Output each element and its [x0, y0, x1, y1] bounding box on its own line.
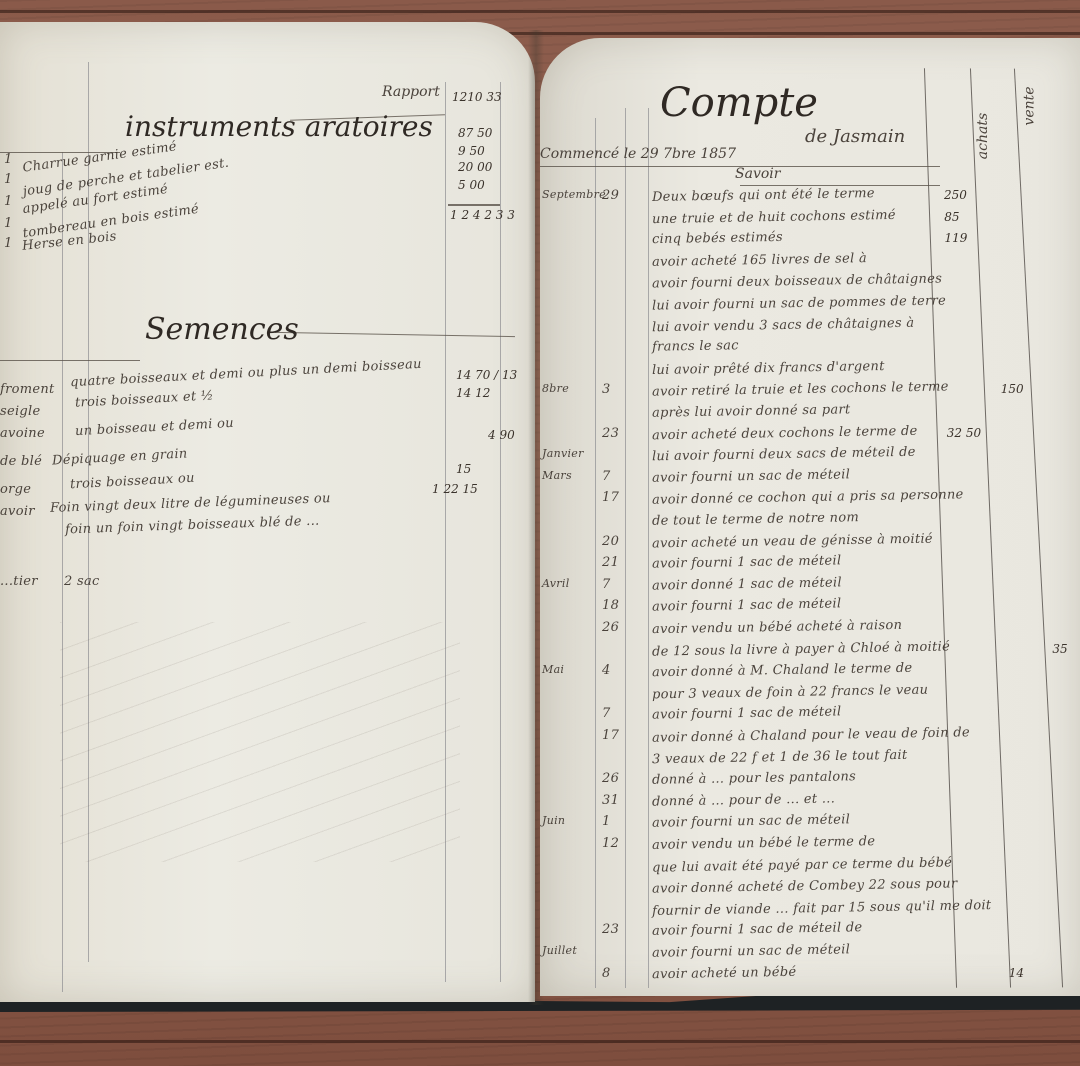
- amount: 9 50: [458, 144, 485, 158]
- entry-day: 18: [602, 598, 619, 613]
- entry-text: avoir vendu un bébé acheté à raison: [652, 618, 902, 637]
- entry-day: 4: [602, 663, 611, 678]
- entry-month: Juin: [542, 814, 565, 827]
- entry-day: 29: [602, 188, 619, 203]
- savoir-heading: Savoir: [735, 166, 780, 182]
- entry-month: Septembre: [542, 188, 606, 201]
- row-label: avoir: [0, 504, 35, 519]
- text-column-rule: [648, 108, 649, 988]
- date-column-rule: [595, 118, 596, 988]
- column-header-vente: vente: [1022, 86, 1038, 125]
- entry-amount-achats: 32 50: [947, 426, 981, 440]
- entry-day: 26: [602, 771, 619, 786]
- entry-text: donné à ... pour de ... et ...: [652, 791, 835, 809]
- entry-text: lui avoir fourni deux sacs de méteil de: [652, 445, 916, 465]
- entry-text: de tout le terme de notre nom: [652, 510, 859, 529]
- entry-text: avoir acheté un veau de génisse à moitié: [652, 531, 933, 551]
- entry-day: 7: [602, 706, 611, 721]
- entry-text: avoir fourni 1 sac de méteil: [652, 554, 842, 572]
- entry-amount-vente: 14: [1009, 966, 1024, 980]
- entry-text: donné à ... pour les pantalons: [652, 769, 856, 788]
- section-title-semences: Semences: [145, 312, 299, 347]
- item-qty: 1: [4, 216, 13, 231]
- entry-text: avoir fourni 1 sac de méteil: [652, 597, 842, 615]
- entry-text: avoir donné 1 sac de méteil: [652, 575, 842, 593]
- ledger-title: Compte: [660, 80, 818, 126]
- amount: 87 50: [458, 126, 492, 140]
- entry-text: avoir donné ce cochon qui a pris sa pers…: [652, 488, 964, 508]
- row-label: orge: [0, 482, 31, 497]
- entry-text: Deux bœufs qui ont été le terme: [652, 186, 875, 205]
- table-plank-seam: [0, 1040, 1080, 1043]
- item-qty: 1: [4, 152, 13, 167]
- entry-text: avoir fourni 1 sac de méteil de: [652, 921, 863, 940]
- row-text: quatre boisseaux et demi ou plus un demi…: [70, 357, 422, 390]
- bleed-through-ink: [60, 622, 460, 862]
- item-qty: 1: [4, 194, 13, 209]
- section-title-instruments: instruments aratoires: [125, 110, 433, 143]
- entry-month: Avril: [542, 577, 570, 590]
- entry-text: avoir donné à M. Chaland le terme de: [652, 661, 913, 681]
- entry-day: 12: [602, 836, 619, 851]
- row-text: un boisseau et demi ou: [75, 416, 235, 439]
- entry-amount-vente: 150: [1001, 382, 1024, 396]
- entry-month: Janvier: [542, 447, 584, 460]
- entry-text: avoir donné acheté de Combey 22 sous pou…: [652, 877, 958, 897]
- footer-text: 2 sac: [64, 574, 100, 589]
- left-ledger-page: instruments aratoires Rapport 1210 33 1 …: [0, 22, 535, 1002]
- entry-day: 21: [602, 555, 619, 570]
- entry-day: 26: [602, 620, 619, 635]
- entry-day: 31: [602, 793, 619, 808]
- table-plank-seam: [0, 10, 1080, 13]
- row-label: froment: [0, 382, 55, 397]
- item-qty: 1: [4, 172, 13, 187]
- row-text: Dépiquage en grain: [52, 446, 188, 468]
- margin-rule: [62, 152, 63, 992]
- entry-month: Mai: [542, 663, 564, 676]
- entry-day: 20: [602, 534, 619, 549]
- vente-column-rule: [970, 68, 1011, 987]
- entry-text: avoir fourni un sac de méteil: [652, 813, 850, 831]
- section-total: 1 2 4 2 3 3: [450, 208, 515, 222]
- row-amount: 1 22 15: [432, 482, 478, 496]
- amount: 20 00: [458, 160, 492, 174]
- entry-text: que lui avait été payé par ce terme du b…: [652, 855, 952, 875]
- ledger-start-date: Commencé le 29 7bre 1857: [540, 146, 736, 162]
- entry-day: 3: [602, 382, 611, 397]
- entry-text: lui avoir prêté dix francs d'argent: [652, 359, 885, 378]
- entry-text: francs le sac: [652, 338, 739, 355]
- entry-text: avoir acheté 165 livres de sel à: [652, 251, 867, 270]
- entry-day: 17: [602, 490, 619, 505]
- entry-text: pour 3 veaux de foin à 22 francs le veau: [652, 682, 929, 702]
- entry-amount-achats: 250: [944, 188, 967, 202]
- entry-text: avoir fourni deux boisseaux de châtaigne…: [652, 272, 942, 292]
- heading-rule: [0, 360, 140, 361]
- entry-amount-achats: 85: [944, 210, 959, 224]
- entry-amount-fournitures: 35: [1052, 642, 1067, 656]
- rapport-amount: 1210 33: [452, 90, 502, 104]
- entry-day: 8: [602, 966, 611, 981]
- row-label: de blé: [0, 454, 42, 469]
- entry-text: 3 veaux de 22 f et 1 de 36 le tout fait: [652, 747, 908, 766]
- row-amount: 4 90: [488, 428, 515, 442]
- entry-day: 7: [602, 469, 611, 484]
- entry-day: 17: [602, 728, 619, 743]
- entry-text: lui avoir vendu 3 sacs de châtaignes à: [652, 315, 915, 335]
- row-text: foin un foin vingt boisseaux blé de ...: [65, 514, 320, 538]
- row-amount: 15: [456, 462, 471, 476]
- entry-month: Juillet: [542, 944, 577, 957]
- entry-text: une truie et de huit cochons estimé: [652, 207, 896, 226]
- entry-text: avoir donné à Chaland pour le veau de fo…: [652, 725, 970, 746]
- fournitures-column-rule: [1014, 69, 1063, 988]
- row-amount: 14 70 / 13: [456, 368, 517, 382]
- entry-day: 1: [602, 814, 611, 829]
- rapport-label: Rapport: [382, 84, 440, 100]
- entry-text: avoir fourni un sac de méteil: [652, 942, 850, 960]
- entry-text: avoir fourni 1 sac de méteil: [652, 705, 842, 723]
- entry-amount-achats: 119: [945, 231, 968, 245]
- entry-month: Mars: [542, 469, 572, 482]
- entry-text: avoir acheté un bébé: [652, 964, 797, 982]
- total-rule: [448, 204, 500, 206]
- entry-day: 23: [602, 922, 619, 937]
- row-text: Foin vingt deux litre de légumineuses ou: [50, 491, 331, 516]
- entry-text: lui avoir fourni un sac de pommes de ter…: [652, 293, 946, 313]
- entry-text: après lui avoir donné sa part: [652, 402, 851, 420]
- entry-text: avoir acheté deux cochons le terme de: [652, 423, 918, 443]
- day-column-rule: [625, 108, 626, 988]
- entry-month: 8bre: [542, 382, 569, 395]
- entry-text: cinq bebés estimés: [652, 230, 783, 247]
- entry-text: avoir fourni un sac de méteil: [652, 467, 850, 485]
- row-label: seigle: [0, 404, 41, 419]
- entry-text: de 12 sous la livre à payer à Chloé à mo…: [652, 639, 950, 659]
- heading-rule: [275, 332, 515, 337]
- entry-day: 23: [602, 426, 619, 441]
- right-ledger-page: Compte de Jasmain Commencé le 29 7bre 18…: [540, 38, 1080, 996]
- entry-day: 7: [602, 577, 611, 592]
- item-qty: 1: [4, 236, 13, 251]
- amount: 5 00: [458, 178, 485, 192]
- column-header-achats: achats: [975, 113, 991, 159]
- row-amount: 14 12: [456, 386, 490, 400]
- entry-text: avoir retiré la truie et les cochons le …: [652, 380, 949, 400]
- row-label: avoine: [0, 426, 45, 441]
- row-text: trois boisseaux et ½: [75, 388, 214, 410]
- entry-text: avoir vendu un bébé le terme de: [652, 834, 876, 853]
- achats-column-rule: [924, 68, 957, 987]
- ledger-title-suffix: de Jasmain: [805, 126, 905, 147]
- footer-label: ...tier: [0, 574, 38, 589]
- entry-text: fournir de viande ... fait par 15 sous q…: [652, 898, 992, 919]
